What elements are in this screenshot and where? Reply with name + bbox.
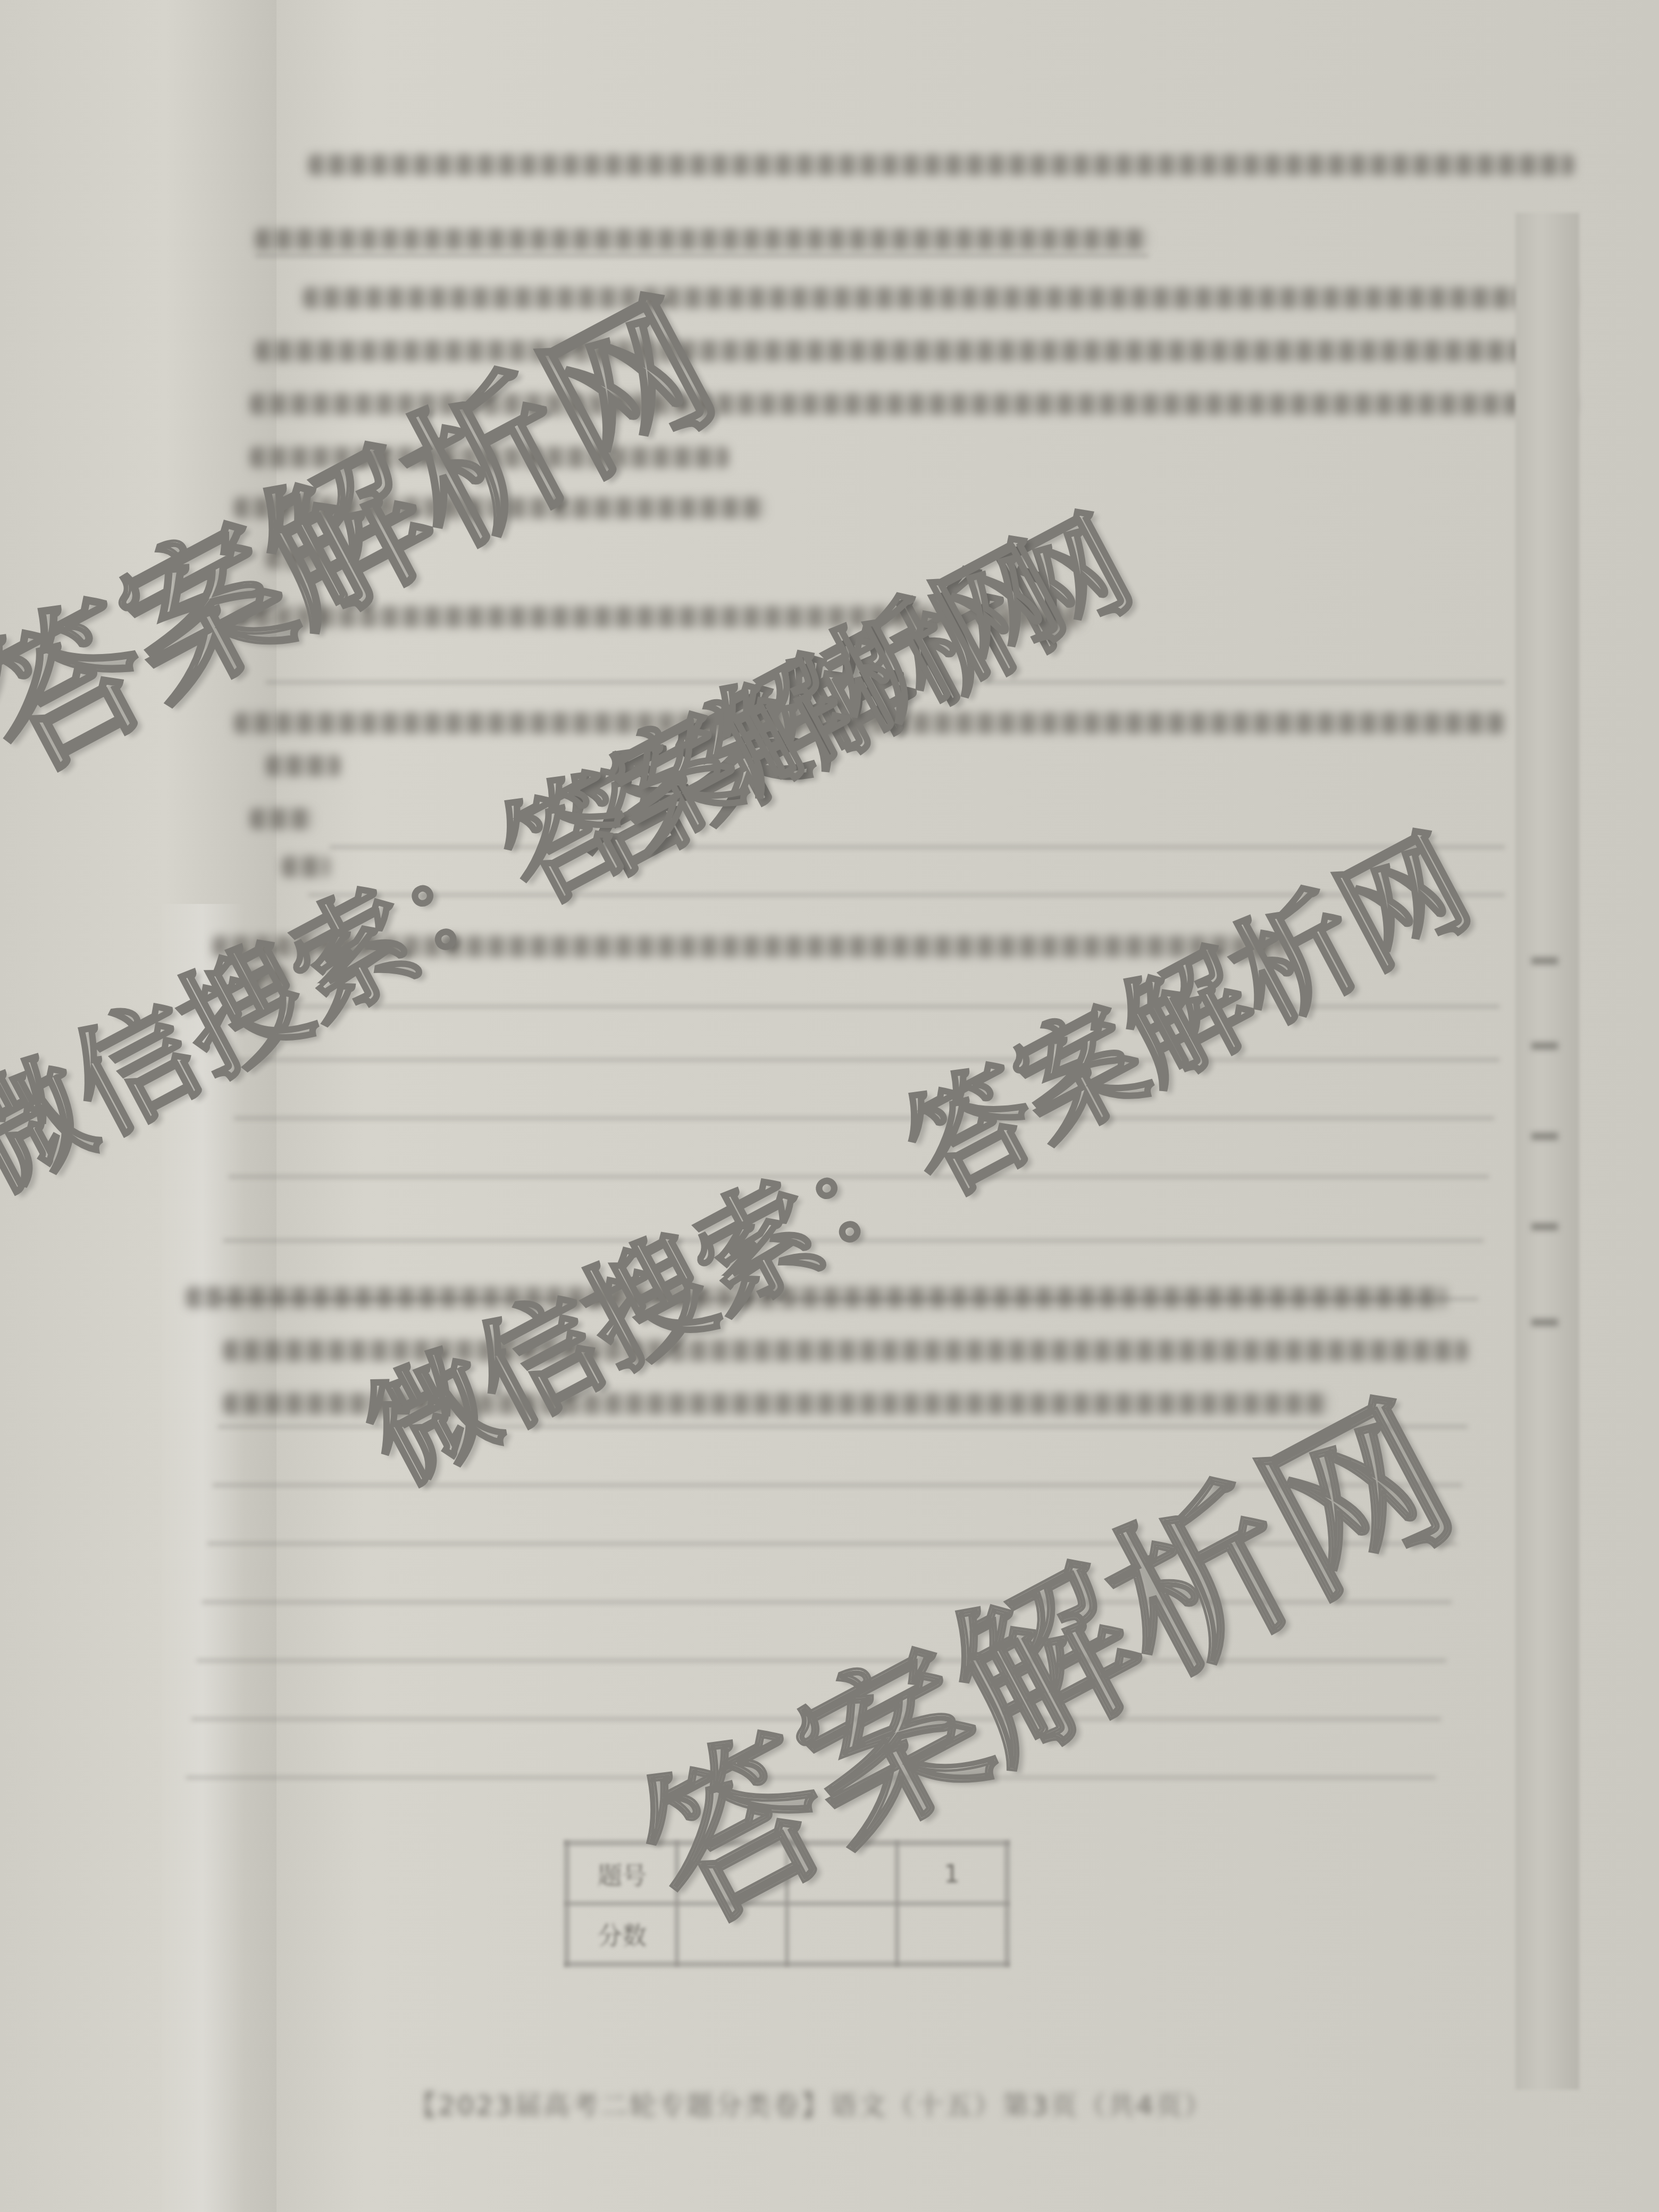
margin-mark [1531, 1133, 1558, 1140]
binding-margin-strip [1515, 213, 1579, 2090]
row-label: 分数 [567, 1904, 677, 1964]
answer-label [250, 808, 314, 829]
text-line [266, 755, 340, 776]
score-cell [897, 1904, 1007, 1964]
text-line [255, 229, 1149, 250]
answer-line [239, 1058, 1499, 1061]
underline [255, 254, 1149, 257]
margin-mark [1531, 1319, 1558, 1326]
page-footer: 【2023届高考二轮专题分类卷】语文（十五）第3页（共4页） [409, 2084, 1213, 2123]
margin-mark [1531, 1042, 1558, 1050]
margin-mark [1531, 1223, 1558, 1230]
margin-mark [1531, 957, 1558, 965]
text-line [303, 287, 1574, 308]
text-line [308, 154, 1574, 175]
